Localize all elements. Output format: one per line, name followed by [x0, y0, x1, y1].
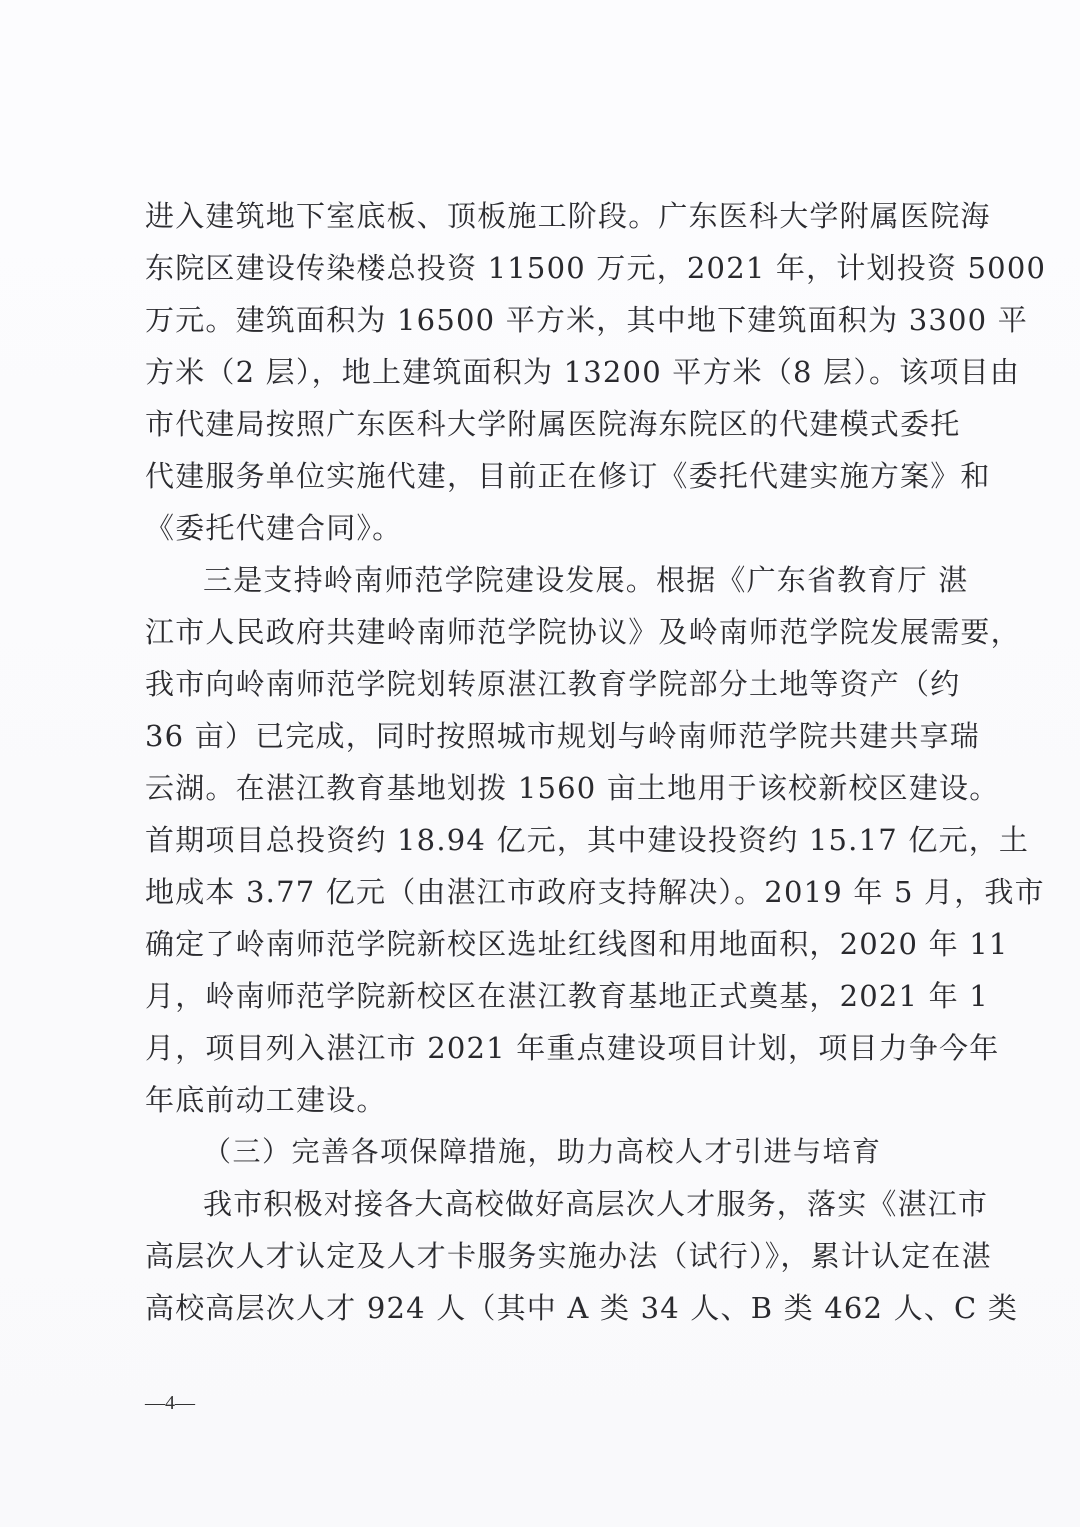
- paragraph-line: 三是支持岭南师范学院建设发展。根据《广东省教育厅 湛: [203, 554, 940, 606]
- paragraph-line: 高校高层次人才 924 人（其中 A 类 34 人、B 类 462 人、C 类: [145, 1282, 940, 1334]
- page-number: —4—: [145, 1392, 195, 1415]
- paragraph-line: 市代建局按照广东医科大学附属医院海东院区的代建模式委托: [145, 398, 940, 450]
- paragraph-line: 江市人民政府共建岭南师范学院协议》及岭南师范学院发展需要，: [145, 606, 940, 658]
- paragraph-line: 年底前动工建设。: [145, 1074, 940, 1126]
- paragraph-line: 我市向岭南师范学院划转原湛江教育学院部分土地等资产（约: [145, 658, 940, 710]
- paragraph-line: 方米（2 层），地上建筑面积为 13200 平方米（8 层）。该项目由: [145, 346, 940, 398]
- paragraph-line: 东院区建设传染楼总投资 11500 万元，2021 年，计划投资 5000: [145, 242, 940, 294]
- paragraph-line: 36 亩）已完成，同时按照城市规划与岭南师范学院共建共享瑞: [145, 710, 940, 762]
- paragraph-line: 高层次人才认定及人才卡服务实施办法（试行）》，累计认定在湛: [145, 1230, 940, 1282]
- paragraph-line: 月，项目列入湛江市 2021 年重点建设项目计划，项目力争今年: [145, 1022, 940, 1074]
- paragraph-line: 万元。建筑面积为 16500 平方米，其中地下建筑面积为 3300 平: [145, 294, 940, 346]
- paragraph-line: 进入建筑地下室底板、顶板施工阶段。广东医科大学附属医院海: [145, 190, 940, 242]
- paragraph-line: 我市积极对接各大高校做好高层次人才服务，落实《湛江市: [203, 1178, 940, 1230]
- paragraph-line: 确定了岭南师范学院新校区选址红线图和用地面积，2020 年 11: [145, 918, 940, 970]
- paragraph-line: 月，岭南师范学院新校区在湛江教育基地正式奠基，2021 年 1: [145, 970, 940, 1022]
- paragraph-line: 首期项目总投资约 18.94 亿元，其中建设投资约 15.17 亿元，土: [145, 814, 940, 866]
- section-heading: （三）完善各项保障措施，助力高校人才引进与培育: [203, 1126, 863, 1178]
- document-page: 进入建筑地下室底板、顶板施工阶段。广东医科大学附属医院海 东院区建设传染楼总投资…: [0, 0, 1080, 1527]
- paragraph-line: 《委托代建合同》。: [145, 502, 940, 554]
- paragraph-line: 代建服务单位实施代建，目前正在修订《委托代建实施方案》和: [145, 450, 940, 502]
- paragraph-line: 云湖。在湛江教育基地划拨 1560 亩土地用于该校新校区建设。: [145, 762, 940, 814]
- paragraph-line: 地成本 3.77 亿元（由湛江市政府支持解决）。2019 年 5 月，我市: [145, 866, 940, 918]
